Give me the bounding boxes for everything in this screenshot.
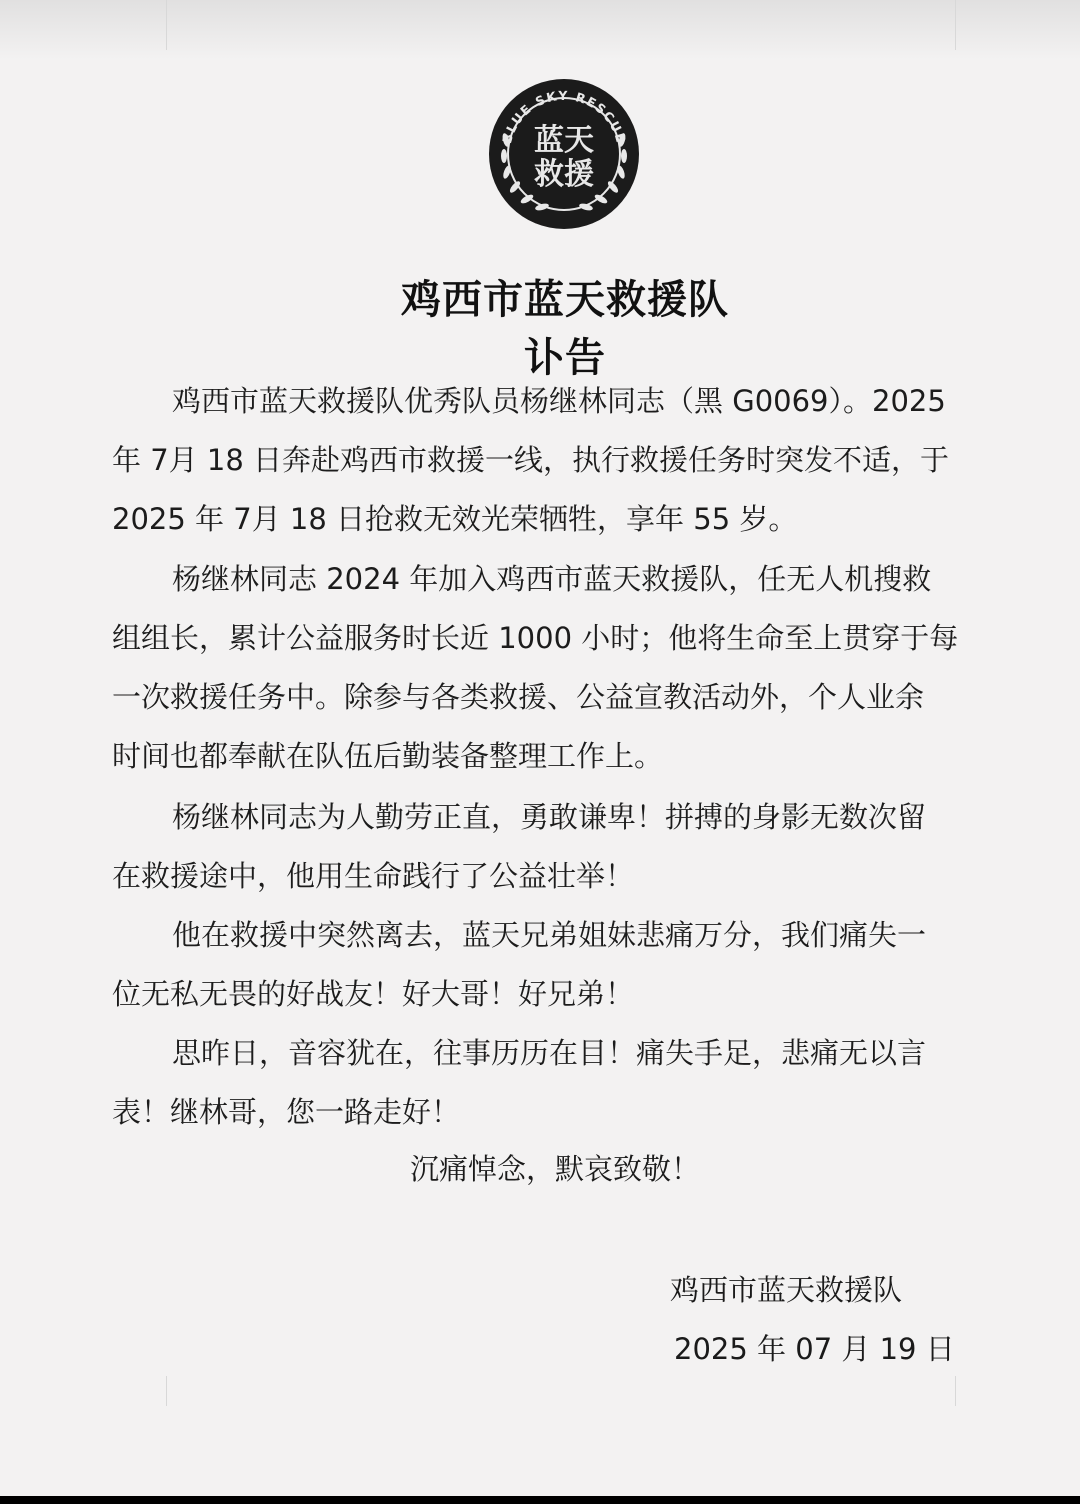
crop-mark (166, 0, 167, 50)
closing-line: 沉痛悼念，默哀致敬！ (0, 1140, 1080, 1199)
crop-mark (955, 1376, 956, 1406)
paragraph-line: 位无私无畏的好战友！好大哥！好兄弟！ (112, 965, 962, 1024)
paragraph-line: 鸡西市蓝天救援队优秀队员杨继林同志（黑 G0069）。2025 (112, 372, 962, 431)
org-title: 鸡西市蓝天救援队 (0, 268, 1080, 325)
paragraph-5: 思昨日，音容犹在，往事历历在目！痛失手足，悲痛无以言 表！继林哥，您一路走好！ (112, 1024, 962, 1142)
paragraph-line: 2025 年 7月 18 日抢救无效光荣牺牲，享年 55 岁。 (112, 490, 962, 549)
signature-date: 2025 年 07 月 19 日 (674, 1320, 955, 1379)
paragraph-line: 表！继林哥，您一路走好！ (112, 1083, 962, 1142)
paragraph-line: 时间也都奉献在队伍后勤装备整理工作上。 (112, 727, 962, 786)
paragraph-3: 杨继林同志为人勤劳正直，勇敢谦卑！拼搏的身影无数次留 在救援途中，他用生命践行了… (112, 788, 962, 906)
crop-mark (166, 1376, 167, 1406)
paragraph-line: 年 7月 18 日奔赴鸡西市救援一线，执行救援任务时突发不适，于 (112, 431, 962, 490)
paragraph-1: 鸡西市蓝天救援队优秀队员杨继林同志（黑 G0069）。2025 年 7月 18 … (112, 372, 962, 549)
paragraph-line: 杨继林同志为人勤劳正直，勇敢谦卑！拼搏的身影无数次留 (112, 788, 962, 847)
blue-sky-rescue-logo: BLUE SKY RESCUE 蓝天 救援 (488, 78, 640, 230)
paragraph-line: 在救援途中，他用生命践行了公益壮举！ (112, 847, 962, 906)
paragraph-line: 他在救援中突然离去，蓝天兄弟姐妹悲痛万分，我们痛失一 (112, 906, 962, 965)
crop-mark (955, 0, 956, 50)
rescue-emblem-icon: BLUE SKY RESCUE 蓝天 救援 (488, 78, 640, 230)
svg-text:救援: 救援 (534, 157, 594, 192)
paragraph-line: 杨继林同志 2024 年加入鸡西市蓝天救援队，任无人机搜救 (112, 550, 962, 609)
bottom-bar (0, 1496, 1080, 1504)
svg-text:蓝天: 蓝天 (534, 123, 594, 158)
paragraph-line: 组组长，累计公益服务时长近 1000 小时；他将生命至上贯穿于每 (112, 609, 962, 668)
signature-org: 鸡西市蓝天救援队 (670, 1261, 902, 1320)
paragraph-4: 他在救援中突然离去，蓝天兄弟姐妹悲痛万分，我们痛失一 位无私无畏的好战友！好大哥… (112, 906, 962, 1024)
paragraph-line: 思昨日，音容犹在，往事历历在目！痛失手足，悲痛无以言 (112, 1024, 962, 1083)
top-shade (0, 0, 1080, 60)
paragraph-2: 杨继林同志 2024 年加入鸡西市蓝天救援队，任无人机搜救 组组长，累计公益服务… (112, 550, 962, 786)
paragraph-line: 一次救援任务中。除参与各类救援、公益宣教活动外，个人业余 (112, 668, 962, 727)
